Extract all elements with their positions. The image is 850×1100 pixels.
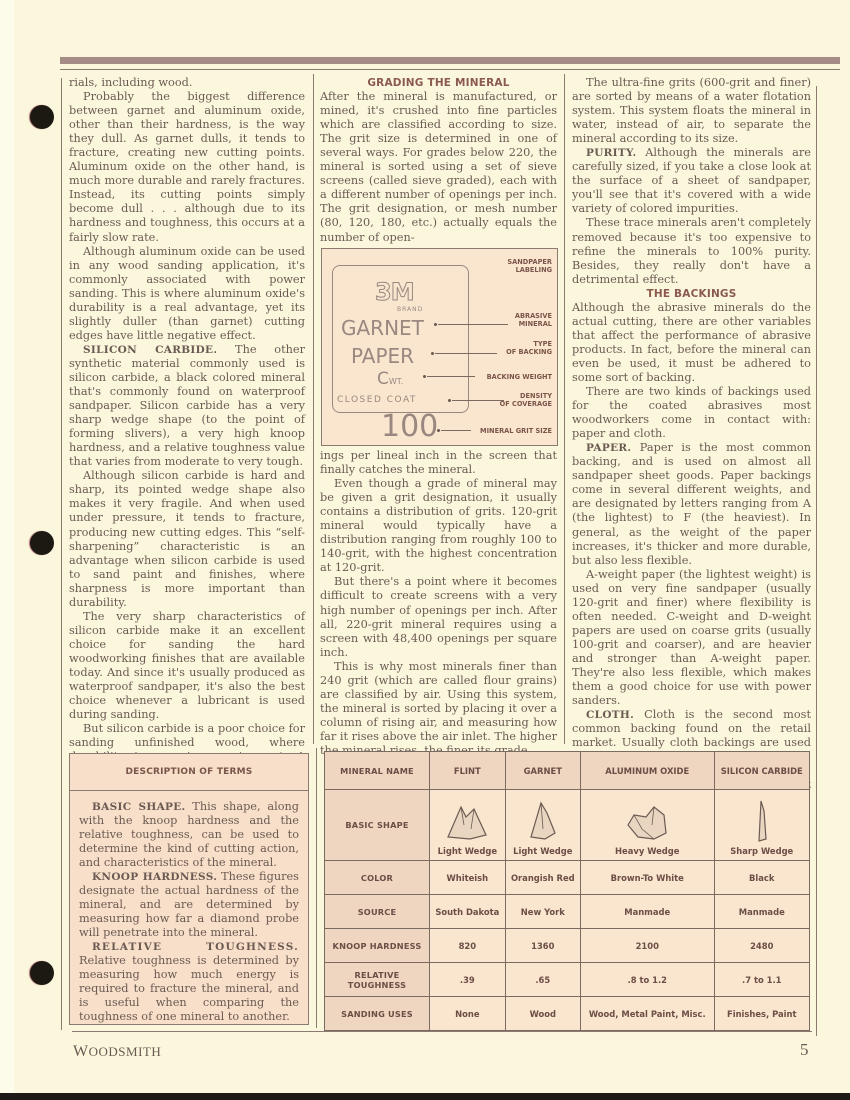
description-of-terms-box: DESCRIPTION OF TERMS BASIC SHAPE. This s… bbox=[69, 753, 309, 1025]
article-column-right: The ultra-fine grits (600-grit and finer… bbox=[572, 76, 811, 806]
grit-size-text: 100 bbox=[381, 409, 438, 444]
terms-body: BASIC SHAPE. This shape, along with the … bbox=[70, 791, 308, 1024]
column-rule-right bbox=[816, 86, 817, 1036]
term-label: RELATIVE TOUGHNESS. bbox=[92, 941, 299, 953]
paragraph: The very sharp characteristics of silico… bbox=[69, 610, 305, 722]
table-cell: None bbox=[430, 997, 506, 1031]
table-row: BASIC SHAPE Light Wedge Light Wedge Heav… bbox=[325, 790, 810, 861]
paragraph: After the mineral is manufactured, or mi… bbox=[320, 90, 557, 245]
callout-dot bbox=[448, 399, 451, 402]
diagram-title: SANDPAPERLABELING bbox=[507, 258, 552, 274]
header-bar bbox=[60, 57, 840, 64]
column-rule-left bbox=[61, 78, 62, 1030]
header-cell: FLINT bbox=[430, 752, 506, 790]
header-rule bbox=[60, 69, 840, 70]
run-in-heading: CLOTH. bbox=[586, 709, 634, 721]
sandpaper-label-card: 3M BRAND GARNET PAPER CWT. CLOSED COAT bbox=[332, 265, 469, 413]
section-heading-grading: GRADING THE MINERAL bbox=[320, 76, 557, 90]
article-column-middle-lower: ings per lineal inch in the screen that … bbox=[320, 449, 557, 758]
page-left-edge bbox=[0, 0, 14, 1100]
paragraph: Although aluminum oxide can be used in a… bbox=[69, 245, 305, 343]
table-cell: 1360 bbox=[505, 929, 580, 963]
section-heading-backings: THE BACKINGS bbox=[572, 287, 811, 301]
paragraph: rials, including wood. bbox=[69, 76, 305, 90]
paragraph: Although silicon carbide is hard and sha… bbox=[69, 469, 305, 609]
page-bottom-edge bbox=[0, 1093, 850, 1100]
paragraph-paper: PAPER. Paper is the most common backing,… bbox=[572, 441, 811, 567]
table-cell: .7 to 1.1 bbox=[714, 963, 809, 997]
page-number: 5 bbox=[800, 1040, 809, 1060]
table-cell: .65 bbox=[505, 963, 580, 997]
callout-leader bbox=[435, 353, 497, 354]
sandpaper-labeling-diagram: SANDPAPERLABELING 3M BRAND GARNET PAPER … bbox=[321, 248, 558, 446]
table-cell: Whiteish bbox=[430, 861, 506, 895]
paragraph: Even though a grade of mineral may be gi… bbox=[320, 477, 557, 575]
term-relative-toughness: RELATIVE TOUGHNESS. Relative toughness i… bbox=[79, 940, 299, 1024]
table-cell: Wood, Metal Paint, Misc. bbox=[580, 997, 714, 1031]
3m-logo: 3M bbox=[375, 278, 414, 306]
table-row: KNOOP HARDNESS 820 1360 2100 2480 bbox=[325, 929, 810, 963]
callout-backing-weight: BACKING WEIGHT bbox=[487, 373, 552, 381]
paragraph-text: The other synthetic material commonly us… bbox=[69, 343, 305, 468]
table-cell: Sharp Wedge bbox=[714, 790, 809, 861]
table-cell: Heavy Wedge bbox=[580, 790, 714, 861]
article-column-middle: GRADING THE MINERAL After the mineral is… bbox=[320, 76, 557, 245]
mineral-comparison-table: MINERAL NAME FLINT GARNET ALUMINUM OXIDE… bbox=[324, 751, 810, 1031]
row-label: RELATIVE TOUGHNESS bbox=[325, 963, 430, 997]
terms-heading: DESCRIPTION OF TERMS bbox=[70, 754, 308, 791]
callout-leader bbox=[438, 324, 508, 325]
table-cell: 820 bbox=[430, 929, 506, 963]
callout-leader bbox=[441, 430, 471, 431]
row-label: COLOR bbox=[325, 861, 430, 895]
table-cell: 2100 bbox=[580, 929, 714, 963]
coat-text: CLOSED COAT bbox=[337, 395, 417, 405]
paragraph-purity: PURITY. Although the minerals are carefu… bbox=[572, 146, 811, 216]
magazine-title: WOODSMITH bbox=[73, 1043, 161, 1061]
binder-hole-bottom bbox=[30, 961, 54, 985]
weight-text: CWT. bbox=[377, 369, 403, 389]
garnet-shape-icon bbox=[523, 799, 563, 843]
term-label: KNOOP HARDNESS. bbox=[92, 871, 217, 883]
paragraph: The ultra-fine grits (600-grit and finer… bbox=[572, 76, 811, 146]
run-in-heading: PURITY. bbox=[586, 147, 636, 159]
table-header-row: MINERAL NAME FLINT GARNET ALUMINUM OXIDE… bbox=[325, 752, 810, 790]
header-cell: SILICON CARBIDE bbox=[714, 752, 809, 790]
callout-abrasive-mineral: ABRASIVEMINERAL bbox=[515, 312, 552, 328]
column-rule-3 bbox=[316, 748, 317, 1028]
table-row: RELATIVE TOUGHNESS .39 .65 .8 to 1.2 .7 … bbox=[325, 963, 810, 997]
header-cell: GARNET bbox=[505, 752, 580, 790]
aluminum-oxide-shape-icon bbox=[624, 803, 670, 843]
paragraph: Probably the biggest difference between … bbox=[69, 90, 305, 245]
term-label: BASIC SHAPE. bbox=[92, 801, 186, 813]
column-rule-1 bbox=[313, 74, 314, 744]
table-row: COLOR Whiteish Orangish Red Brown-To Whi… bbox=[325, 861, 810, 895]
table-cell: Black bbox=[714, 861, 809, 895]
binder-hole-top bbox=[30, 105, 54, 129]
article-column-left: rials, including wood. Probably the bigg… bbox=[69, 76, 305, 792]
callout-leader bbox=[427, 376, 475, 377]
silicon-carbide-shape-icon bbox=[752, 797, 772, 843]
table-row: SOURCE South Dakota New York Manmade Man… bbox=[325, 895, 810, 929]
callout-dot bbox=[437, 429, 440, 432]
row-label: KNOOP HARDNESS bbox=[325, 929, 430, 963]
table-cell: Light Wedge bbox=[505, 790, 580, 861]
flint-shape-icon bbox=[444, 801, 490, 843]
paragraph-silicon-carbide: SILICON CARBIDE. The other synthetic mat… bbox=[69, 343, 305, 469]
table-cell: South Dakota bbox=[430, 895, 506, 929]
callout-dot bbox=[423, 375, 426, 378]
header-cell: ALUMINUM OXIDE bbox=[580, 752, 714, 790]
table-cell: Finishes, Paint bbox=[714, 997, 809, 1031]
row-label: BASIC SHAPE bbox=[325, 790, 430, 861]
brand-text: BRAND bbox=[397, 306, 423, 313]
term-basic-shape: BASIC SHAPE. This shape, along with the … bbox=[79, 800, 299, 870]
term-knoop-hardness: KNOOP HARDNESS. These figures designate … bbox=[79, 870, 299, 940]
table-cell: 2480 bbox=[714, 929, 809, 963]
table-cell: New York bbox=[505, 895, 580, 929]
table-cell: Wood bbox=[505, 997, 580, 1031]
callout-density-of-coverage: DENSITYOF COVERAGE bbox=[500, 392, 552, 408]
paragraph: ings per lineal inch in the screen that … bbox=[320, 449, 557, 477]
table-cell: Manmade bbox=[580, 895, 714, 929]
run-in-heading: SILICON CARBIDE. bbox=[83, 344, 217, 356]
callout-mineral-grit-size: MINERAL GRIT SIZE bbox=[480, 427, 552, 435]
paragraph: There are two kinds of backings used for… bbox=[572, 385, 811, 441]
callout-dot bbox=[434, 323, 437, 326]
run-in-heading: PAPER. bbox=[586, 442, 631, 454]
table-cell: Manmade bbox=[714, 895, 809, 929]
cell-text: Light Wedge bbox=[513, 846, 572, 856]
mineral-text: GARNET bbox=[341, 316, 424, 340]
row-label: SOURCE bbox=[325, 895, 430, 929]
table-cell: .8 to 1.2 bbox=[580, 963, 714, 997]
paragraph: This is why most minerals finer than 240… bbox=[320, 660, 557, 758]
table-cell: .39 bbox=[430, 963, 506, 997]
table-row: SANDING USES None Wood Wood, Metal Paint… bbox=[325, 997, 810, 1031]
table-cell: Orangish Red bbox=[505, 861, 580, 895]
paragraph: But there's a point where it becomes dif… bbox=[320, 575, 557, 659]
paragraph: These trace minerals aren't completely r… bbox=[572, 216, 811, 286]
paragraph: Although the abrasive minerals do the ac… bbox=[572, 301, 811, 385]
callout-type-of-backing: TYPEOF BACKING bbox=[506, 340, 552, 356]
binder-hole-middle bbox=[30, 531, 54, 555]
term-text: Relative toughness is determined by meas… bbox=[79, 954, 299, 1023]
callout-leader bbox=[452, 400, 504, 401]
cell-text: Heavy Wedge bbox=[615, 846, 679, 856]
paragraph-text: Paper is the most common backing, and is… bbox=[572, 441, 811, 566]
backing-text: PAPER bbox=[351, 344, 414, 368]
table-cell: Light Wedge bbox=[430, 790, 506, 861]
table-cell: Brown-To White bbox=[580, 861, 714, 895]
callout-dot bbox=[431, 352, 434, 355]
column-rule-2 bbox=[564, 74, 565, 744]
paragraph: A-weight paper (the lightest weight) is … bbox=[572, 568, 811, 708]
footer-rule bbox=[72, 1031, 812, 1032]
cell-text: Light Wedge bbox=[438, 846, 497, 856]
header-cell: MINERAL NAME bbox=[325, 752, 430, 790]
row-label: SANDING USES bbox=[325, 997, 430, 1031]
cell-text: Sharp Wedge bbox=[730, 846, 793, 856]
